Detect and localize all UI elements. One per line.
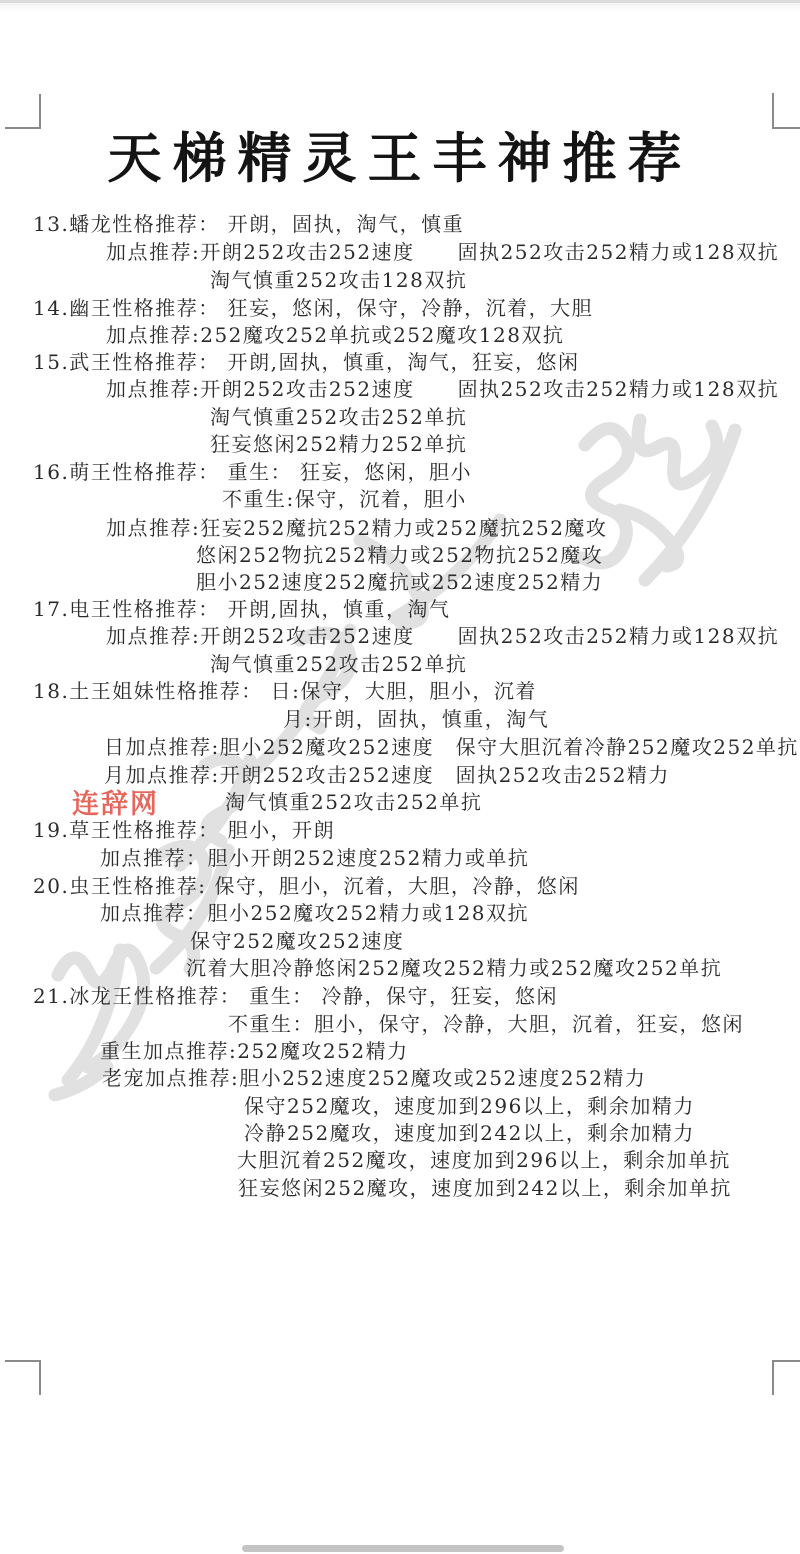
line-19-ev: 加点推荐：胆小开朗252速度252精力或单抗 bbox=[100, 846, 529, 870]
line-17-nature: 17.电王性格推荐： 开朗,固执，慎重，淘气 bbox=[33, 597, 451, 621]
horizontal-scrollbar-thumb[interactable] bbox=[242, 1545, 564, 1552]
crop-mark-bottom-left bbox=[5, 1360, 41, 1395]
line-21-ev4: 大胆沉着252魔攻，速度加到296以上，剩余加单抗 bbox=[237, 1148, 731, 1172]
line-21-ev-old: 老宠加点推荐:胆小252速度252魔攻或252速度252精力 bbox=[102, 1066, 646, 1090]
line-16-ev3: 胆小252速度252魔抗或252速度252精力 bbox=[196, 570, 603, 594]
line-14-nature: 14.幽王性格推荐： 狂妄，悠闲，保守，冷静，沉着，大胆 bbox=[33, 296, 593, 320]
line-18-ev2: 淘气慎重252攻击252单抗 bbox=[225, 790, 482, 814]
line-13-ev: 加点推荐:开朗252攻击252速度 固执252攻击252精力或128双抗 bbox=[106, 240, 779, 264]
line-20-ev3: 沉着大胆冷静悠闲252魔攻252精力或252魔攻252单抗 bbox=[186, 956, 722, 980]
line-21-nature: 21.冰龙王性格推荐： 重生： 冷静，保守，狂妄，悠闲 bbox=[33, 984, 558, 1008]
red-site-watermark: 连辞网 bbox=[72, 782, 159, 821]
line-13-ev2: 淘气慎重252攻击128双抗 bbox=[210, 268, 467, 292]
line-21-ev2: 保守252魔攻，速度加到296以上，剩余加精力 bbox=[244, 1094, 695, 1118]
line-15-ev: 加点推荐:开朗252攻击252速度 固执252攻击252精力或128双抗 bbox=[106, 377, 779, 401]
line-17-ev2: 淘气慎重252攻击252单抗 bbox=[210, 652, 467, 676]
line-16-ev2: 悠闲252物抗252精力或252物抗252魔攻 bbox=[196, 543, 603, 567]
line-17-ev: 加点推荐:开朗252攻击252速度 固执252攻击252精力或128双抗 bbox=[106, 624, 779, 648]
line-18-ev-moon: 月加点推荐:开朗252攻击252速度 固执252攻击252精力 bbox=[104, 763, 670, 787]
line-16-ev: 加点推荐:狂妄252魔抗252精力或252魔抗252魔攻 bbox=[106, 516, 607, 540]
crop-mark-bottom-right bbox=[772, 1360, 800, 1395]
line-20-ev2: 保守252魔攻252速度 bbox=[190, 929, 404, 953]
page-title: 天梯精灵王丰神推荐 bbox=[0, 116, 800, 193]
line-18-nature-sun: 18.土王姐妹性格推荐： 日:保守，大胆，胆小，沉着 bbox=[33, 679, 537, 703]
line-14-ev: 加点推荐:252魔攻252单抗或252魔攻128双抗 bbox=[106, 323, 564, 347]
line-19-nature: 19.草王性格推荐： 胆小，开朗 bbox=[33, 818, 335, 842]
line-15-nature: 15.武王性格推荐： 开朗,固执，慎重，淘气，狂妄，悠闲 bbox=[33, 350, 580, 374]
scanned-document-page: { "title": "天梯精灵王丰神推荐", "watermarks": { … bbox=[0, 0, 800, 1554]
line-20-nature: 20.虫王性格推荐: 保守，胆小，沉着，大胆，冷静，悠闲 bbox=[33, 874, 580, 898]
line-13-nature: 13.蟠龙性格推荐： 开朗，固执，淘气，慎重 bbox=[33, 212, 464, 236]
line-15-ev2: 淘气慎重252攻击252单抗 bbox=[210, 405, 467, 429]
line-20-ev: 加点推荐：胆小252魔攻252精力或128双抗 bbox=[100, 901, 529, 925]
line-21-ev-reborn: 重生加点推荐:252魔攻252精力 bbox=[100, 1039, 409, 1063]
line-18-nature-moon: 月:开朗，固执，慎重，淘气 bbox=[283, 707, 549, 731]
line-18-ev-sun: 日加点推荐:胆小252魔攻252速度 保守大胆沉着冷静252魔攻252单抗 bbox=[104, 735, 799, 759]
line-21-ev3: 冷静252魔攻，速度加到242以上，剩余加精力 bbox=[244, 1121, 695, 1145]
line-16-nature2: 不重生:保守，沉着，胆小 bbox=[222, 487, 467, 511]
line-15-ev3: 狂妄悠闲252精力252单抗 bbox=[210, 432, 467, 456]
page-top-edge-shadow bbox=[0, 3, 800, 11]
line-21-nature2: 不重生：胆小，保守，冷静，大胆，沉着，狂妄，悠闲 bbox=[228, 1012, 744, 1036]
line-16-nature: 16.萌王性格推荐： 重生： 狂妄，悠闲，胆小 bbox=[33, 460, 472, 484]
line-21-ev5: 狂妄悠闲252魔攻，速度加到242以上，剩余加单抗 bbox=[238, 1176, 732, 1200]
